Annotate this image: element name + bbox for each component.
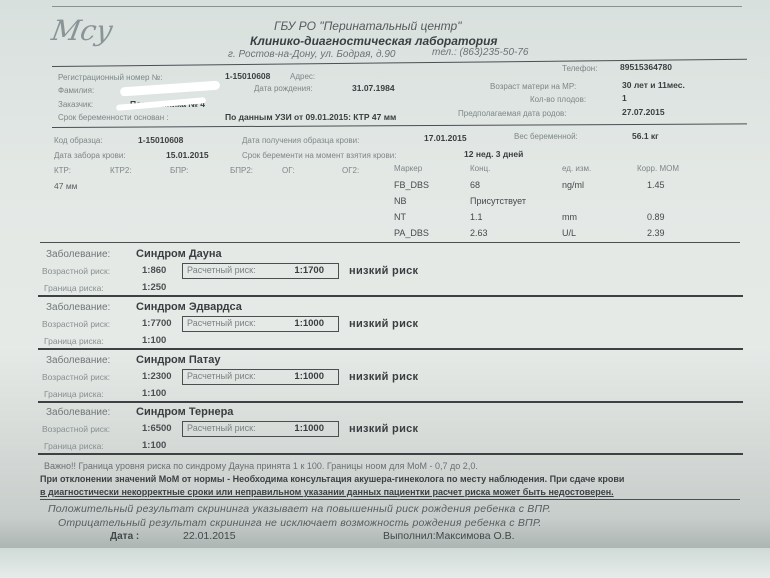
header-org: ГБУ РО "Перинатальный центр" [274,19,461,33]
age-risk-value: 1:2300 [142,371,172,382]
marker-cell: ng/ml [562,180,584,190]
age-risk-label: Возрастной риск: [42,266,110,276]
marker-cell: NT [394,212,406,222]
disease-label: Заболевание: [46,249,110,260]
age-risk-value: 1:6500 [142,423,172,434]
age-risk-label: Возрастной риск: [42,424,110,434]
due-date-label: Предполагаемая дата родов: [458,109,567,118]
marker-column-header: Маркер [394,164,422,173]
customer-label: Заказчик: [58,100,93,109]
received-value: 17.01.2015 [424,133,467,143]
calculated-risk-label: Расчетный риск: [187,265,256,275]
calculated-risk-box: Расчетный риск:1:1700 [182,263,339,279]
header-lab: Клинико-диагностическая лаборатория [250,34,498,48]
mother-age-value: 30 лет и 11мес. [622,80,685,90]
reg-label: Регистрационный номер №: [58,73,162,82]
threshold-value: 1:250 [142,282,166,293]
paper-edge [0,548,770,578]
marker-cell: 1.45 [647,180,665,190]
age-risk-label: Возрастной риск: [42,372,110,382]
fetus-count-value: 1 [622,93,627,103]
marker-cell: PA_DBS [394,228,429,238]
disease-label: Заболевание: [46,407,110,418]
calculated-risk-value: 1:1000 [294,423,324,434]
age-risk-value: 1:860 [142,265,166,276]
ultrasound-header: БПР2: [230,166,253,175]
phone-label: Телефон: [562,64,597,73]
ultrasound-header: БПР: [170,166,188,175]
disease-label: Заболевание: [46,355,110,366]
lab-report-paper: Мсу ГБУ РО "Перинатальный центр" Клинико… [0,0,770,578]
weight-label: Вес беременной: [514,132,578,141]
age-risk-label: Возрастной риск: [42,319,110,329]
note-mom-deviation: При отклонении значений МоМ от нормы - Н… [40,474,624,484]
received-label: Дата получения образца крови: [242,136,359,145]
threshold-value: 1:100 [142,440,166,451]
threshold-value: 1:100 [142,335,166,346]
risk-verdict: низкий риск [349,371,418,383]
threshold-label: Граница риска: [44,441,104,451]
handwritten-note: Мсу [49,14,115,47]
marker-cell: 2.63 [470,228,488,238]
threshold-value: 1:100 [142,388,166,399]
age-risk-value: 1:7700 [142,318,172,329]
marker-column-header: Конц. [470,164,490,173]
due-date-value: 27.07.2015 [622,107,665,117]
term-value: По данным УЗИ от 09.01.2015: КТР 47 мм [225,112,396,122]
calculated-risk-value: 1:1000 [294,318,324,329]
marker-cell: NB [394,196,407,206]
sample-code-value: 1-15010608 [138,135,183,145]
notes-rule [40,499,740,500]
calculated-risk-box: Расчетный риск:1:1000 [182,316,339,332]
drawn-value: 15.01.2015 [166,150,209,160]
threshold-label: Граница риска: [44,283,104,293]
birth-value: 31.07.1984 [352,83,395,93]
ktr-value: 47 мм [54,181,78,191]
disease-name: Синдром Патау [136,354,220,366]
sample-code-label: Код образца: [54,136,103,145]
patient-rule [52,123,747,128]
term-at-draw-label: Срок беременти на момент взятия крови: [242,151,396,160]
disease-separator [38,295,743,297]
footer-positive: Положительный результат скрининга указыв… [48,503,551,515]
ultrasound-header: КТР2: [110,166,132,175]
surname-label: Фамилия: [58,86,94,95]
drawn-label: Дата забора крови: [54,151,126,160]
marker-cell: FB_DBS [394,180,429,190]
marker-cell: mm [562,212,577,222]
ultrasound-header: КТР: [54,166,71,175]
term-at-draw-value: 12 нед. 3 дней [464,149,523,159]
disease-name: Синдром Дауна [136,248,222,260]
threshold-label: Граница риска: [44,336,104,346]
disease-name: Синдром Эдвардса [136,301,242,313]
disease-label: Заболевание: [46,302,110,313]
address-label: Адрес: [290,72,315,81]
top-rule [52,6,742,7]
ultrasound-header: ОГ2: [342,166,359,175]
reg-value: 1-15010608 [225,71,270,81]
calculated-risk-value: 1:1000 [294,371,324,382]
marker-cell: Присутствует [470,196,526,206]
marker-cell: 1.1 [470,212,483,222]
note-incorrect-terms: в диагностически некорректные сроки или … [40,487,614,497]
disease-separator [38,348,743,350]
surname-redaction [120,81,220,97]
disease-separator [38,453,743,455]
fetus-count-label: Кол-во плодов: [530,95,586,104]
note-important: Важно!! Граница уровня риска по синдрому… [44,461,478,471]
calculated-risk-box: Расчетный риск:1:1000 [182,369,339,385]
disease-separator [38,401,743,403]
markers-rule [40,242,740,243]
marker-cell: 2.39 [647,228,665,238]
header-address: г. Ростов-на-Дону, ул. Бодрая, д.90 [228,49,395,60]
mother-age-label: Возраст матери на МР: [490,82,576,91]
threshold-label: Граница риска: [44,389,104,399]
calculated-risk-label: Расчетный риск: [187,371,256,381]
calculated-risk-box: Расчетный риск:1:1000 [182,421,339,437]
calculated-risk-value: 1:1700 [294,265,324,276]
birth-label: Дата рождения: [254,84,313,93]
disease-name: Синдром Тернера [136,406,233,418]
term-label: Срок беременности основан : [58,113,169,122]
phone-value: 89515364780 [620,62,672,72]
weight-value: 56.1 кг [632,131,659,141]
marker-column-header: Корр. МОМ [637,164,679,173]
ultrasound-header: ОГ: [282,166,295,175]
marker-cell: U/L [562,228,576,238]
marker-column-header: ед. изм. [562,164,591,173]
calculated-risk-label: Расчетный риск: [187,318,256,328]
risk-verdict: низкий риск [349,265,418,277]
marker-cell: 0.89 [647,212,665,222]
header-phone: тел.: (863)235-50-76 [432,47,528,58]
risk-verdict: низкий риск [349,423,418,435]
marker-cell: 68 [470,180,480,190]
risk-verdict: низкий риск [349,318,418,330]
calculated-risk-label: Расчетный риск: [187,423,256,433]
